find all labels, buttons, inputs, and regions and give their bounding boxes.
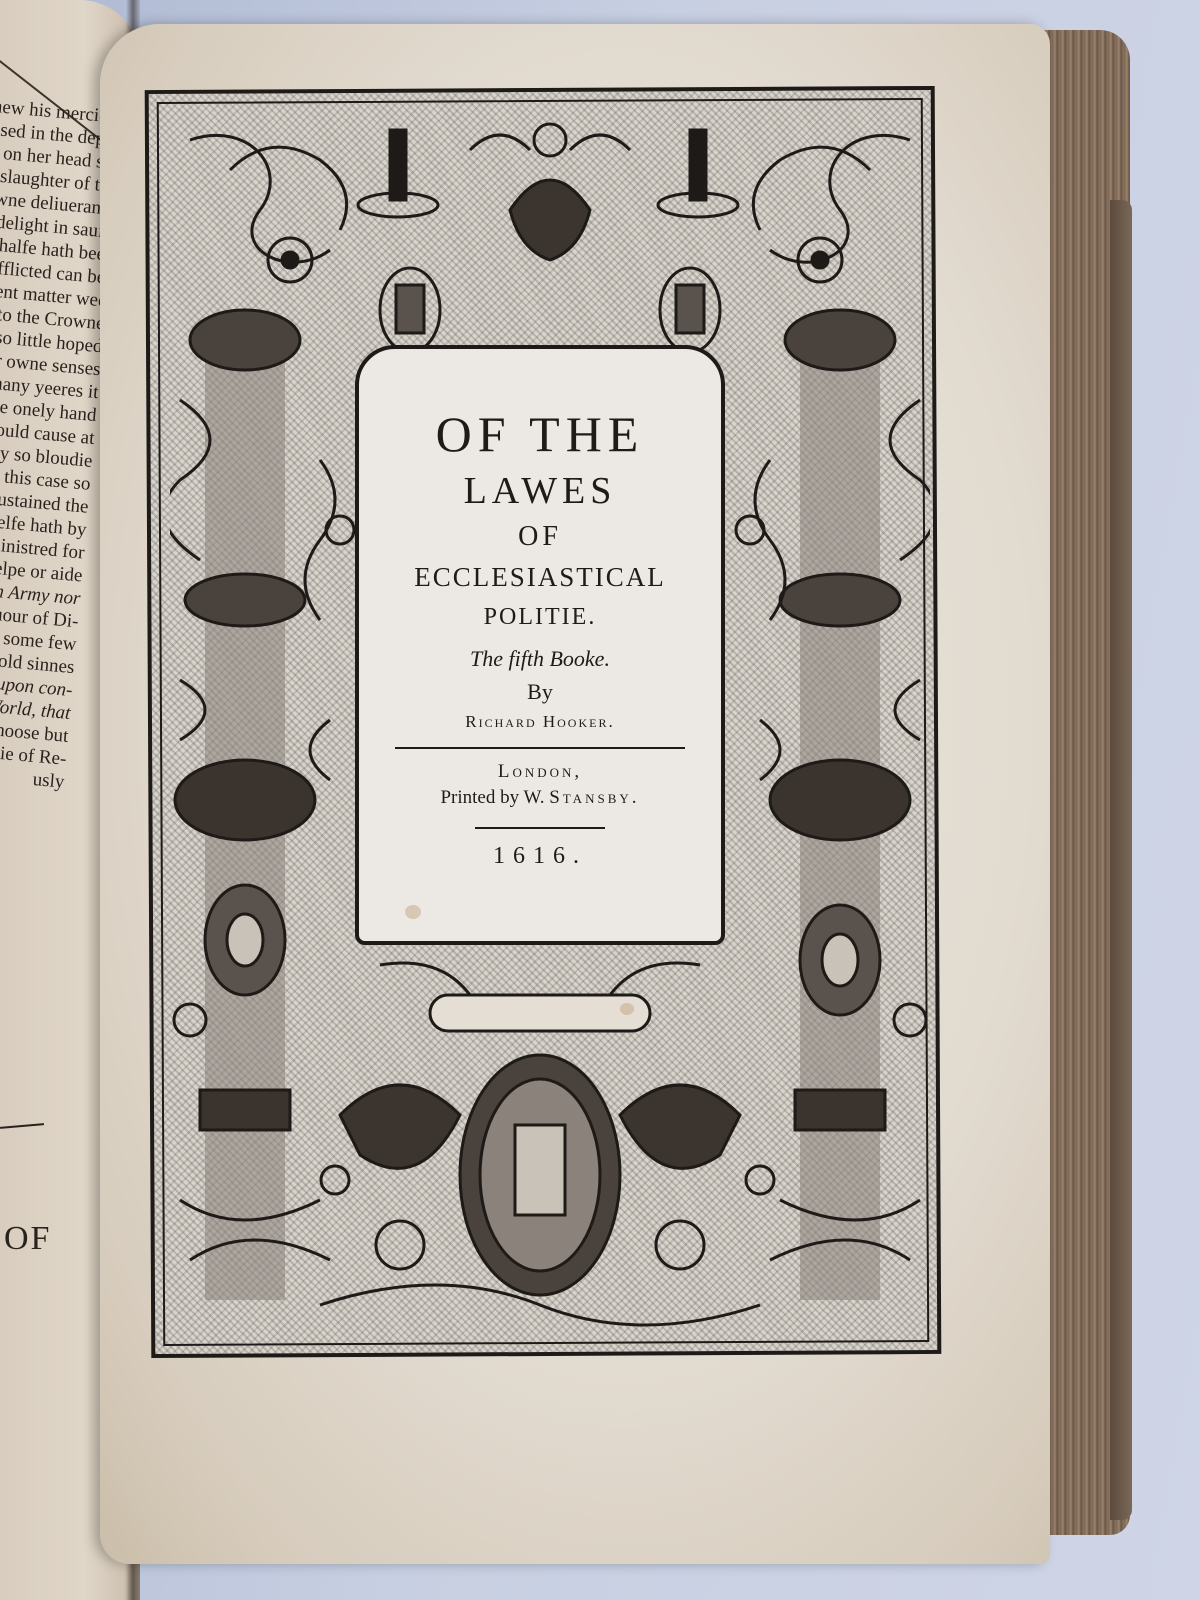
printer-name: Stansby. (549, 787, 639, 808)
divider-rule (395, 747, 685, 749)
author-name: Richard Hooker. (370, 707, 710, 737)
title-line: OF (370, 517, 710, 557)
imprint-printer: Printed by W. Stansby. (370, 785, 710, 811)
subtitle: The fifth Booke. (370, 641, 710, 677)
bottom-ornament-icon (300, 945, 780, 1335)
next-section-heading: OF (4, 1220, 51, 1258)
printer-prefix: Printed by W. (440, 787, 549, 808)
section-rule (0, 1123, 44, 1129)
title-block: OF THE LAWES OF ECCLESIASTICAL POLITIE. … (370, 405, 710, 873)
title-line: POLITIE. (370, 597, 710, 637)
by-line: By (370, 677, 710, 707)
page-edges-shadow (1110, 200, 1132, 1520)
title-line: OF THE (370, 405, 710, 463)
imprint-city: London, (370, 759, 710, 785)
imprint-year: 1616. (370, 839, 710, 873)
foxing-spot (620, 1003, 634, 1015)
divider-rule (475, 827, 605, 829)
foxing-spot (405, 905, 421, 919)
title-line: LAWES (370, 465, 710, 517)
title-line: ECCLESIASTICAL (370, 557, 710, 597)
